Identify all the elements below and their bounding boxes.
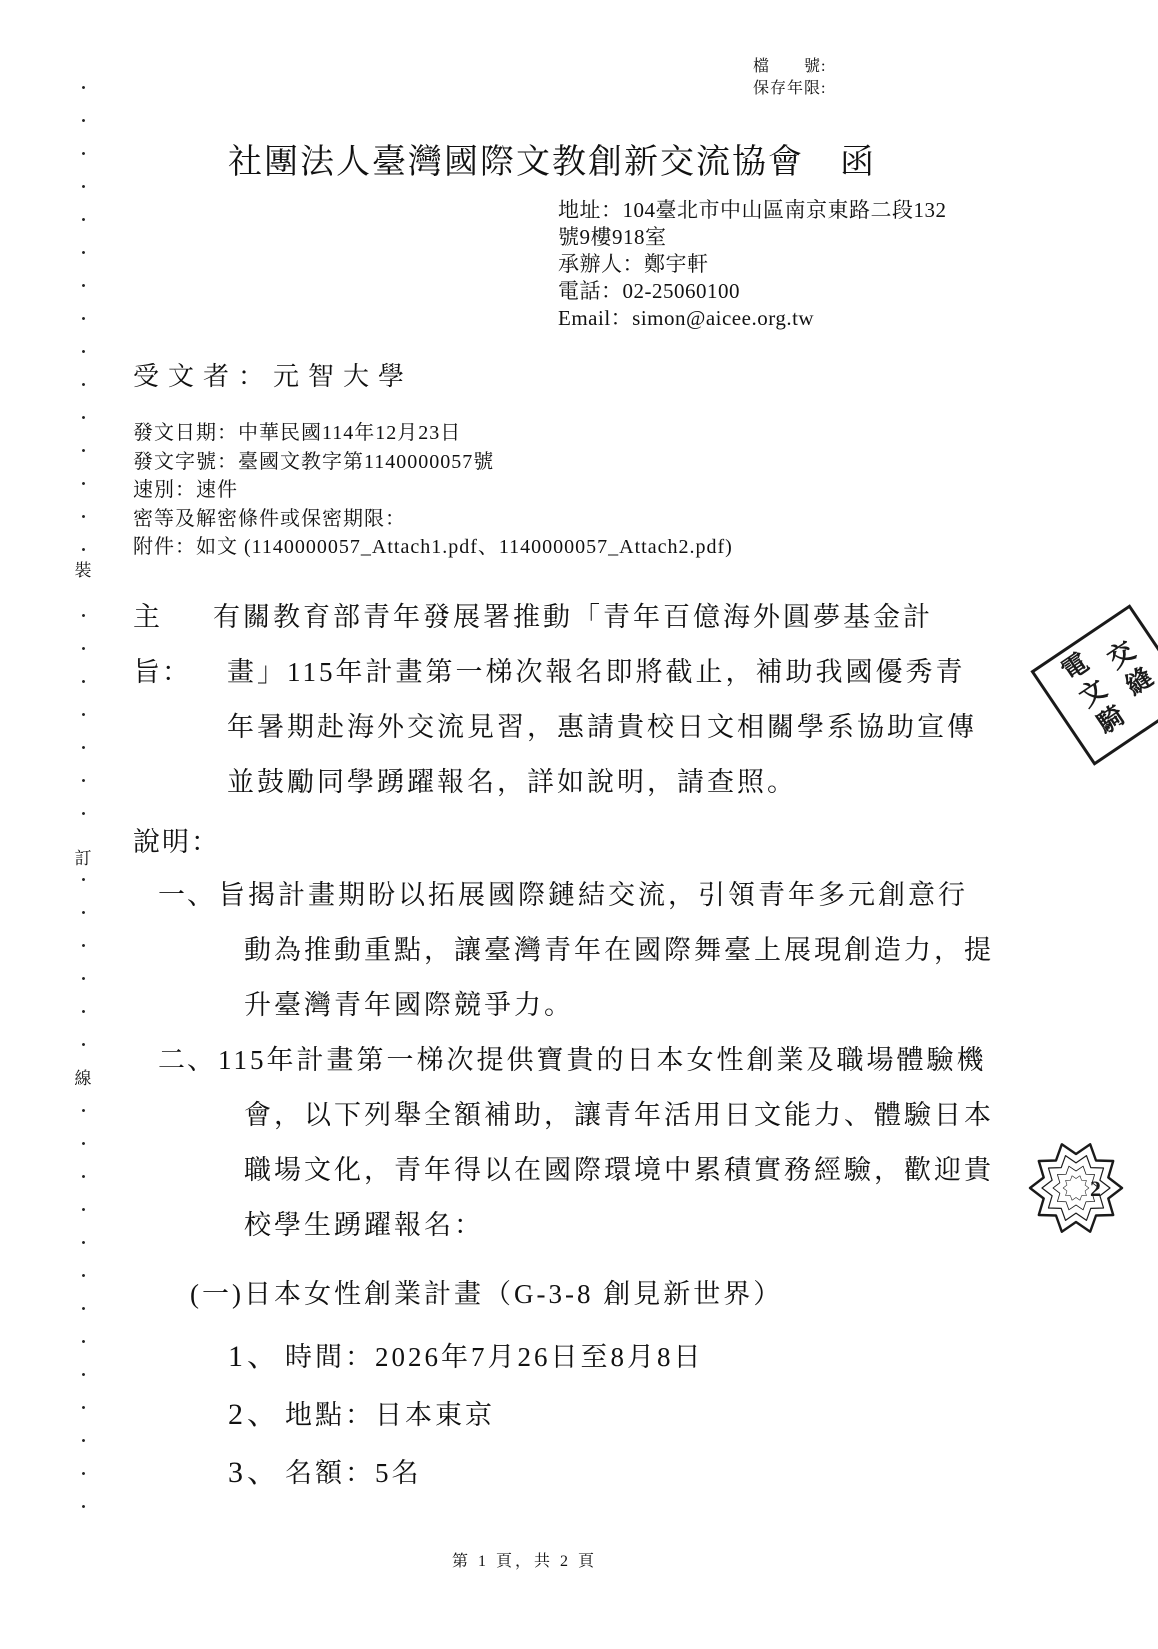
item-2-line: 115年計畫第一梯次提供寶貴的日本女性創業及職場體驗機 xyxy=(218,1033,994,1088)
subject-body: 有關教育部青年發展署推動「青年百億海外圓夢基金計 畫」115年計畫第一梯次報名即… xyxy=(213,590,977,810)
binding-mark-ding: 訂 xyxy=(69,841,97,872)
seal-page-number: 2 xyxy=(1090,1176,1101,1201)
attachment-line: 附件：如文 (1140000057_Attach1.pdf、1140000057… xyxy=(133,533,733,562)
sub-item-heading: (一)日本女性創業計畫（G-3-8 創見新世界） xyxy=(190,1272,783,1311)
archive-labels: 檔 號: 保存年限: xyxy=(753,56,826,100)
point-3-marker: 3、 xyxy=(228,1456,281,1489)
point-1-text: 時間：2026年7月26日至8月8日 xyxy=(285,1342,704,1372)
sender-email: Email：simon@aicee.org.tw xyxy=(558,305,947,332)
document-meta-block: 發文日期：中華民國114年12月23日 發文字號：臺國文教字第114000005… xyxy=(133,419,733,562)
page-number-footer: 第 1 頁，共 2 頁 xyxy=(452,1548,597,1571)
flower-page-seal: 2 xyxy=(1028,1136,1124,1244)
item-1-marker: 一、 xyxy=(158,868,218,1033)
subject-line: 畫」115年計畫第一梯次報名即將截止，補助我國優秀青 xyxy=(227,645,977,700)
subject-line: 有關教育部青年發展署推動「青年百億海外圓夢基金計 xyxy=(213,590,977,645)
point-quota: 3、名額：5名 xyxy=(228,1444,704,1502)
sender-address-line1: 地址：104臺北市中山區南京東路二段132 xyxy=(558,197,947,224)
subject-line: 年暑期赴海外交流見習，惠請貴校日文相關學系協助宣傳 xyxy=(227,700,977,755)
speed-class: 速別：速件 xyxy=(133,476,733,505)
subject-line: 並鼓勵同學踴躍報名，詳如說明，請查照。 xyxy=(227,755,977,810)
item-1-body: 旨揭計畫期盼以拓展國際鏈結交流，引領青年多元創意行 動為推動重點，讓臺灣青年在國… xyxy=(218,868,994,1033)
item-1-line: 動為推動重點，讓臺灣青年在國際舞臺上展現創造力，提 xyxy=(244,923,994,978)
point-1-marker: 1、 xyxy=(228,1340,281,1373)
document-number: 發文字號：臺國文教字第1140000057號 xyxy=(133,448,733,477)
explanation-item-1: 一、 旨揭計畫期盼以拓展國際鏈結交流，引領青年多元創意行 動為推動重點，讓臺灣青… xyxy=(158,868,994,1033)
binding-mark-zhuang: 裝 xyxy=(69,553,97,584)
subject-label: 主旨： xyxy=(133,590,213,810)
item-2-line: 職場文化，青年得以在國際環境中累積實務經驗，歡迎貴 xyxy=(244,1143,994,1198)
item-2-body: 115年計畫第一梯次提供寶貴的日本女性創業及職場體驗機 會，以下列舉全額補助，讓… xyxy=(218,1033,994,1253)
point-place: 2、地點：日本東京 xyxy=(228,1386,704,1444)
numbered-points: 1、時間：2026年7月26日至8月8日 2、地點：日本東京 3、名額：5名 xyxy=(228,1328,704,1502)
point-2-text: 地點：日本東京 xyxy=(285,1400,495,1430)
binding-mark-xian: 線 xyxy=(69,1061,97,1092)
sender-contact-block: 地址：104臺北市中山區南京東路二段132 號9樓918室 承辦人：鄭宇軒 電話… xyxy=(558,197,947,332)
document-title: 社團法人臺灣國際文教創新交流協會 函 xyxy=(228,134,876,183)
item-2-line: 會，以下列舉全額補助，讓青年活用日文能力、體驗日本 xyxy=(244,1088,994,1143)
item-1-line: 旨揭計畫期盼以拓展國際鏈結交流，引領青年多元創意行 xyxy=(218,868,994,923)
issue-date: 發文日期：中華民國114年12月23日 xyxy=(133,419,733,448)
file-number-label: 檔 號: xyxy=(753,56,826,78)
explanation-item-2: 二、 115年計畫第一梯次提供寶貴的日本女性創業及職場體驗機 會，以下列舉全額補… xyxy=(158,1033,994,1253)
recipient-line: 受文者：元智大學 xyxy=(133,356,413,393)
point-time: 1、時間：2026年7月26日至8月8日 xyxy=(228,1328,704,1386)
point-2-marker: 2、 xyxy=(228,1398,281,1431)
electronic-exchange-stamp: 電文騎 交縫 xyxy=(1030,604,1158,766)
item-1-line: 升臺灣青年國際競爭力。 xyxy=(244,978,994,1033)
item-2-line: 校學生踴躍報名： xyxy=(244,1198,994,1253)
point-3-text: 名額：5名 xyxy=(285,1458,422,1488)
sender-address-line2: 號9樓918室 xyxy=(558,224,947,251)
sender-contact-person: 承辦人：鄭宇軒 xyxy=(558,251,947,278)
security-class: 密等及解密條件或保密期限： xyxy=(133,505,733,534)
item-2-marker: 二、 xyxy=(158,1033,218,1253)
official-letter-page: 裝 訂 線 檔 號: 保存年限: 社團法人臺灣國際文教創新交流協會 函 地址：1… xyxy=(0,0,1158,1649)
binding-dotted-line xyxy=(82,86,85,1514)
subject-paragraph: 主旨： 有關教育部青年發展署推動「青年百億海外圓夢基金計 畫」115年計畫第一梯… xyxy=(133,590,977,810)
sender-phone: 電話：02-25060100 xyxy=(558,278,947,305)
retention-period-label: 保存年限: xyxy=(753,78,826,100)
explanation-label: 說明： xyxy=(133,820,220,859)
